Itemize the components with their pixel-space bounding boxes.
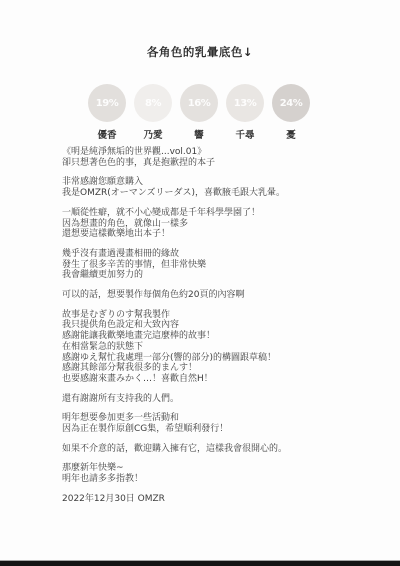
body-line: 《明是純淨無垢的世界觀...vol.01》: [62, 147, 382, 158]
percent-value: 19%: [96, 98, 118, 109]
color-circle: 16%: [180, 84, 218, 122]
character-swatch-chihiro: 13% 千尋: [226, 84, 264, 141]
character-name: 優香: [88, 127, 126, 141]
paragraph: 幾乎沒有畫過漫畫相冊的緣故 發生了很多辛苦的事情，但非常快樂 我會繼續更加努力的: [62, 249, 382, 281]
body-line: 那麼新年快樂~: [62, 463, 382, 474]
body-line: 非常感謝您願意購入: [62, 177, 382, 188]
body-line: 我會繼續更加努力的: [62, 270, 382, 281]
body-line: 2022年12月30日 OMZR: [62, 494, 382, 505]
body-line: 因為想畫的角色，就像山一樣多: [62, 219, 382, 230]
body-line: 卻只想著色色的事，真是抱歉捏的本子: [62, 158, 382, 169]
paragraph: 非常感謝您願意購入 我是OMZR(オーマンズリーダス)，喜歡腋毛跟大乳暈。: [62, 177, 382, 198]
color-circle: 8%: [134, 84, 172, 122]
body-line: 幾乎沒有畫過漫畫相冊的緣故: [62, 249, 382, 260]
body-line: 我是OMZR(オーマンズリーダス)，喜歡腋毛跟大乳暈。: [62, 188, 382, 199]
percent-value: 24%: [280, 98, 302, 109]
body-line: 可以的話，想要製作每個角色約20頁的內容啊: [62, 290, 382, 301]
body-line: 發生了很多辛苦的事情，但非常快樂: [62, 260, 382, 271]
paragraph: 還有謝謝所有支持我的人們。: [62, 394, 382, 405]
body-line: 明年想要參加更多一些活動和: [62, 413, 382, 424]
page-title: 各角色的乳暈底色↓: [0, 44, 400, 60]
body-line: 還有謝謝所有支持我的人們。: [62, 394, 382, 405]
body-line: 也要感謝來畫みかく…！喜歡自然H！: [62, 374, 382, 385]
paragraph: 一順從性癖，就不小心變成都是千年科學學園了！ 因為想畫的角色，就像山一樣多 還想…: [62, 208, 382, 240]
body-line: 如果不介意的話，歡迎購入擁有它，這樣我會很開心的。: [62, 444, 382, 455]
paragraph: 故事是むぎりのす幫我製作 我只提供角色設定和大致內容 感謝能讓我歡樂地畫完這麼棒…: [62, 310, 382, 385]
paragraph: 可以的話，想要製作每個角色約20頁的內容啊: [62, 290, 382, 301]
body-line: 感謝能讓我歡樂地畫完這麼棒的故事！: [62, 331, 382, 342]
body-line: 因為正在製作原創CG集，希望順利發行！: [62, 424, 382, 435]
body-line: 感謝ゆえ幫忙我處理一部分(響的部分)的構圖跟草稿！: [62, 353, 382, 364]
color-circle: 13%: [226, 84, 264, 122]
character-swatch-hibiki: 16% 響: [180, 84, 218, 141]
body-line: 我只提供角色設定和大致內容: [62, 320, 382, 331]
paragraph: 明年想要參加更多一些活動和 因為正在製作原創CG集，希望順利發行！: [62, 413, 382, 434]
percent-value: 8%: [145, 98, 161, 109]
scan-bottom-edge: [0, 560, 400, 566]
afterword-body: 《明是純淨無垢的世界觀...vol.01》 卻只想著色色的事，真是抱歉捏的本子 …: [62, 147, 382, 505]
percent-value: 16%: [188, 98, 210, 109]
paragraph: 2022年12月30日 OMZR: [62, 494, 382, 505]
areola-color-chart: 19% 優香 8% 乃愛 16% 響 13% 千尋 24% 憂: [88, 84, 310, 141]
paragraph: 那麼新年快樂~ 明年也請多多指教！: [62, 463, 382, 484]
body-line: 故事是むぎりのす幫我製作: [62, 310, 382, 321]
body-line: 還想要這樣歡樂地出本子！: [62, 229, 382, 240]
body-line: 明年也請多多指教！: [62, 474, 382, 485]
percent-value: 13%: [234, 98, 256, 109]
character-name: 憂: [272, 127, 310, 141]
character-swatch-yuuka: 19% 優香: [88, 84, 126, 141]
body-line: 感謝其餘部分幫我很多的まんす！: [62, 363, 382, 374]
character-name: 響: [180, 127, 218, 141]
paragraph: 如果不介意的話，歡迎購入擁有它，這樣我會很開心的。: [62, 444, 382, 455]
body-line: 在相當緊急的狀態下: [62, 342, 382, 353]
color-circle: 24%: [272, 84, 310, 122]
body-line: 一順從性癖，就不小心變成都是千年科學學園了！: [62, 208, 382, 219]
afterword-page: 各角色的乳暈底色↓ 19% 優香 8% 乃愛 16% 響 13% 千尋: [0, 0, 400, 566]
character-name: 千尋: [226, 127, 264, 141]
character-swatch-noa: 8% 乃愛: [134, 84, 172, 141]
character-name: 乃愛: [134, 127, 172, 141]
color-circle: 19%: [88, 84, 126, 122]
character-swatch-ui: 24% 憂: [272, 84, 310, 141]
paragraph: 《明是純淨無垢的世界觀...vol.01》 卻只想著色色的事，真是抱歉捏的本子: [62, 147, 382, 168]
